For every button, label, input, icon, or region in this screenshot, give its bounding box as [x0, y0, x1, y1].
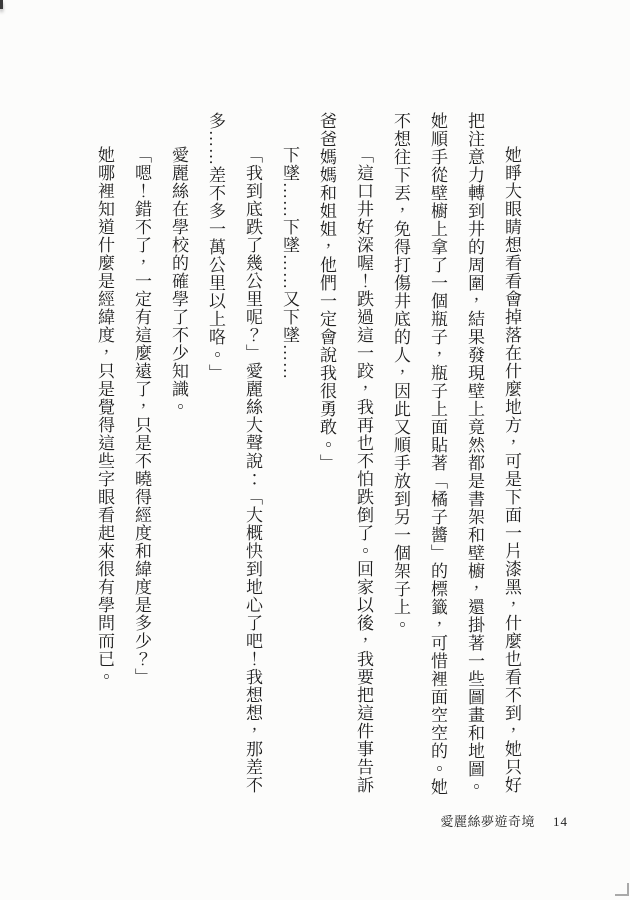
book-page: 她睜大眼睛想看看會掉落在什麼地方，可是下面一片漆黑，什麼也看不到，她只好把注意力… — [0, 0, 630, 900]
paragraph-6: 「嗯！錯不了，一定有這麼遠了，只是不曉得經度和緯度是多少？」 — [123, 112, 160, 796]
paragraph-2: 「這口井好深喔！跌過這一跤，我再也不怕跌倒了。回家以後，我要把這件事告訴爸爸媽媽… — [308, 112, 382, 796]
paragraph-7: 她哪裡知道什麼是經緯度，只是覺得這些字眼看起來很有學問而已。 — [86, 112, 123, 796]
paragraph-5: 愛麗絲在學校的確學了不少知識。 — [160, 112, 197, 796]
scan-artifact — [0, 0, 3, 9]
page-text-block: 她睜大眼睛想看看會掉落在什麼地方，可是下面一片漆黑，什麼也看不到，她只好把注意力… — [86, 112, 530, 796]
paragraph-1: 她睜大眼睛想看看會掉落在什麼地方，可是下面一片漆黑，什麼也看不到，她只好把注意力… — [382, 112, 530, 796]
running-title: 愛麗絲夢遊奇境 — [440, 814, 535, 829]
page-footer: 愛麗絲夢遊奇境14 — [440, 811, 568, 830]
scan-corner-mark — [615, 883, 629, 896]
paragraph-4: 「我到底跌了幾公里呢？」愛麗絲大聲說：「大概快到地心了吧！我想想，那差不多……差… — [197, 112, 271, 796]
page-number: 14 — [553, 814, 568, 829]
paragraph-3: 下墜……下墜……又下墜…… — [271, 112, 308, 796]
